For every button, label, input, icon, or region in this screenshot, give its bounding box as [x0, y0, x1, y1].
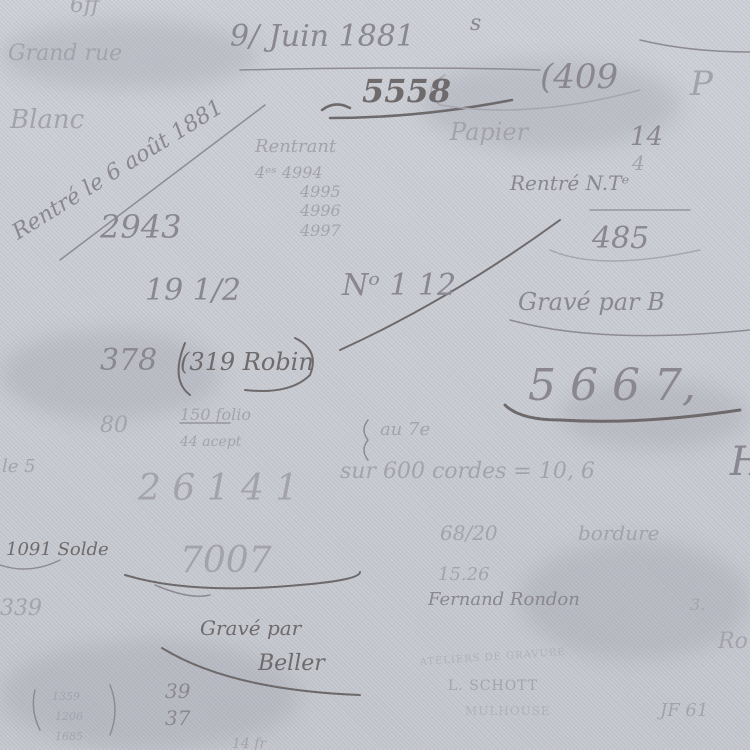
script-text: 44 acept: [179, 434, 242, 450]
script-text: Gravé par B: [518, 288, 665, 316]
script-text: Papier: [449, 118, 530, 146]
script-number: 4ᵉˢ 4994: [254, 163, 323, 182]
flourish-stroke: [640, 40, 750, 52]
script-number: 14: [630, 122, 663, 152]
stamp-text: ATELIERS DE GRAVURE: [418, 647, 566, 668]
fabric-swatch: 6ff 9/ Juin 1881 s 5558 (409 P Grand rue…: [0, 0, 750, 750]
script-number: 2 6 1 4 1: [137, 468, 298, 509]
script-text: Gravé par: [200, 616, 303, 640]
script-number: Nᵒ 1 12: [341, 268, 456, 303]
script-text: P: [689, 64, 714, 104]
script-number: 2943: [99, 208, 181, 246]
script-text: 150 folio: [180, 405, 251, 424]
script-number: 4997: [299, 221, 342, 240]
script-text: Ro: [717, 629, 748, 654]
script-number: 5 6 6 7,: [528, 360, 696, 411]
script-text: H: [729, 439, 750, 485]
script-number: 4995: [299, 182, 341, 201]
script-number: 1685: [55, 730, 83, 743]
script-number: 19 1/2: [145, 273, 241, 308]
script-number: 4996: [299, 201, 341, 220]
script-text: Rentrant: [254, 136, 337, 157]
script-number: 7007: [180, 540, 272, 581]
script-text: 6ff: [70, 0, 103, 18]
script-text: (319 Robin: [180, 348, 314, 376]
script-text: Rentré N.Tᵉ: [509, 171, 629, 195]
flourish-stroke: [0, 560, 60, 569]
script-date: 9/ Juin 1881: [230, 19, 415, 54]
script-text: au 7e: [380, 419, 430, 440]
script-number: (409: [540, 57, 618, 97]
script-number: 5558: [362, 72, 451, 110]
script-number: 485: [591, 221, 649, 256]
stamp-text: L. SCHOTT: [448, 678, 538, 694]
underline-stroke: [240, 68, 540, 70]
underline-stroke: [510, 320, 750, 336]
script-text: bordure: [578, 521, 659, 545]
brace-stroke: [364, 420, 368, 460]
script-text: 14 fr: [232, 736, 267, 750]
script-number: 15.26: [438, 564, 490, 585]
stamp-text: MULHOUSE: [465, 704, 551, 718]
script-text: le 5: [2, 456, 36, 477]
script-signature: Fernand Rondon: [427, 589, 580, 610]
script-text: Grand rue: [8, 41, 122, 66]
script-number: 1359: [52, 690, 80, 703]
script-number: 4: [631, 151, 645, 175]
script-number: 378: [100, 343, 157, 378]
script-text: 1091 Solde: [6, 539, 109, 560]
script-number: 80: [100, 413, 128, 438]
handwriting-layer: 6ff 9/ Juin 1881 s 5558 (409 P Grand rue…: [0, 0, 750, 750]
script-signature: Beller: [257, 651, 326, 676]
script-number: 339: [0, 596, 42, 621]
script-number: 68/20: [440, 521, 498, 545]
script-text: sur 600 cordes = 10, 6: [340, 459, 595, 484]
script-number: 3.: [690, 595, 705, 614]
script-text: JF 61: [656, 700, 708, 721]
script-number: 1206: [55, 710, 83, 723]
script-text: Blanc: [9, 105, 85, 135]
script-number: 37: [165, 706, 191, 730]
script-number: 39: [165, 679, 191, 703]
script-text: s: [470, 11, 481, 36]
